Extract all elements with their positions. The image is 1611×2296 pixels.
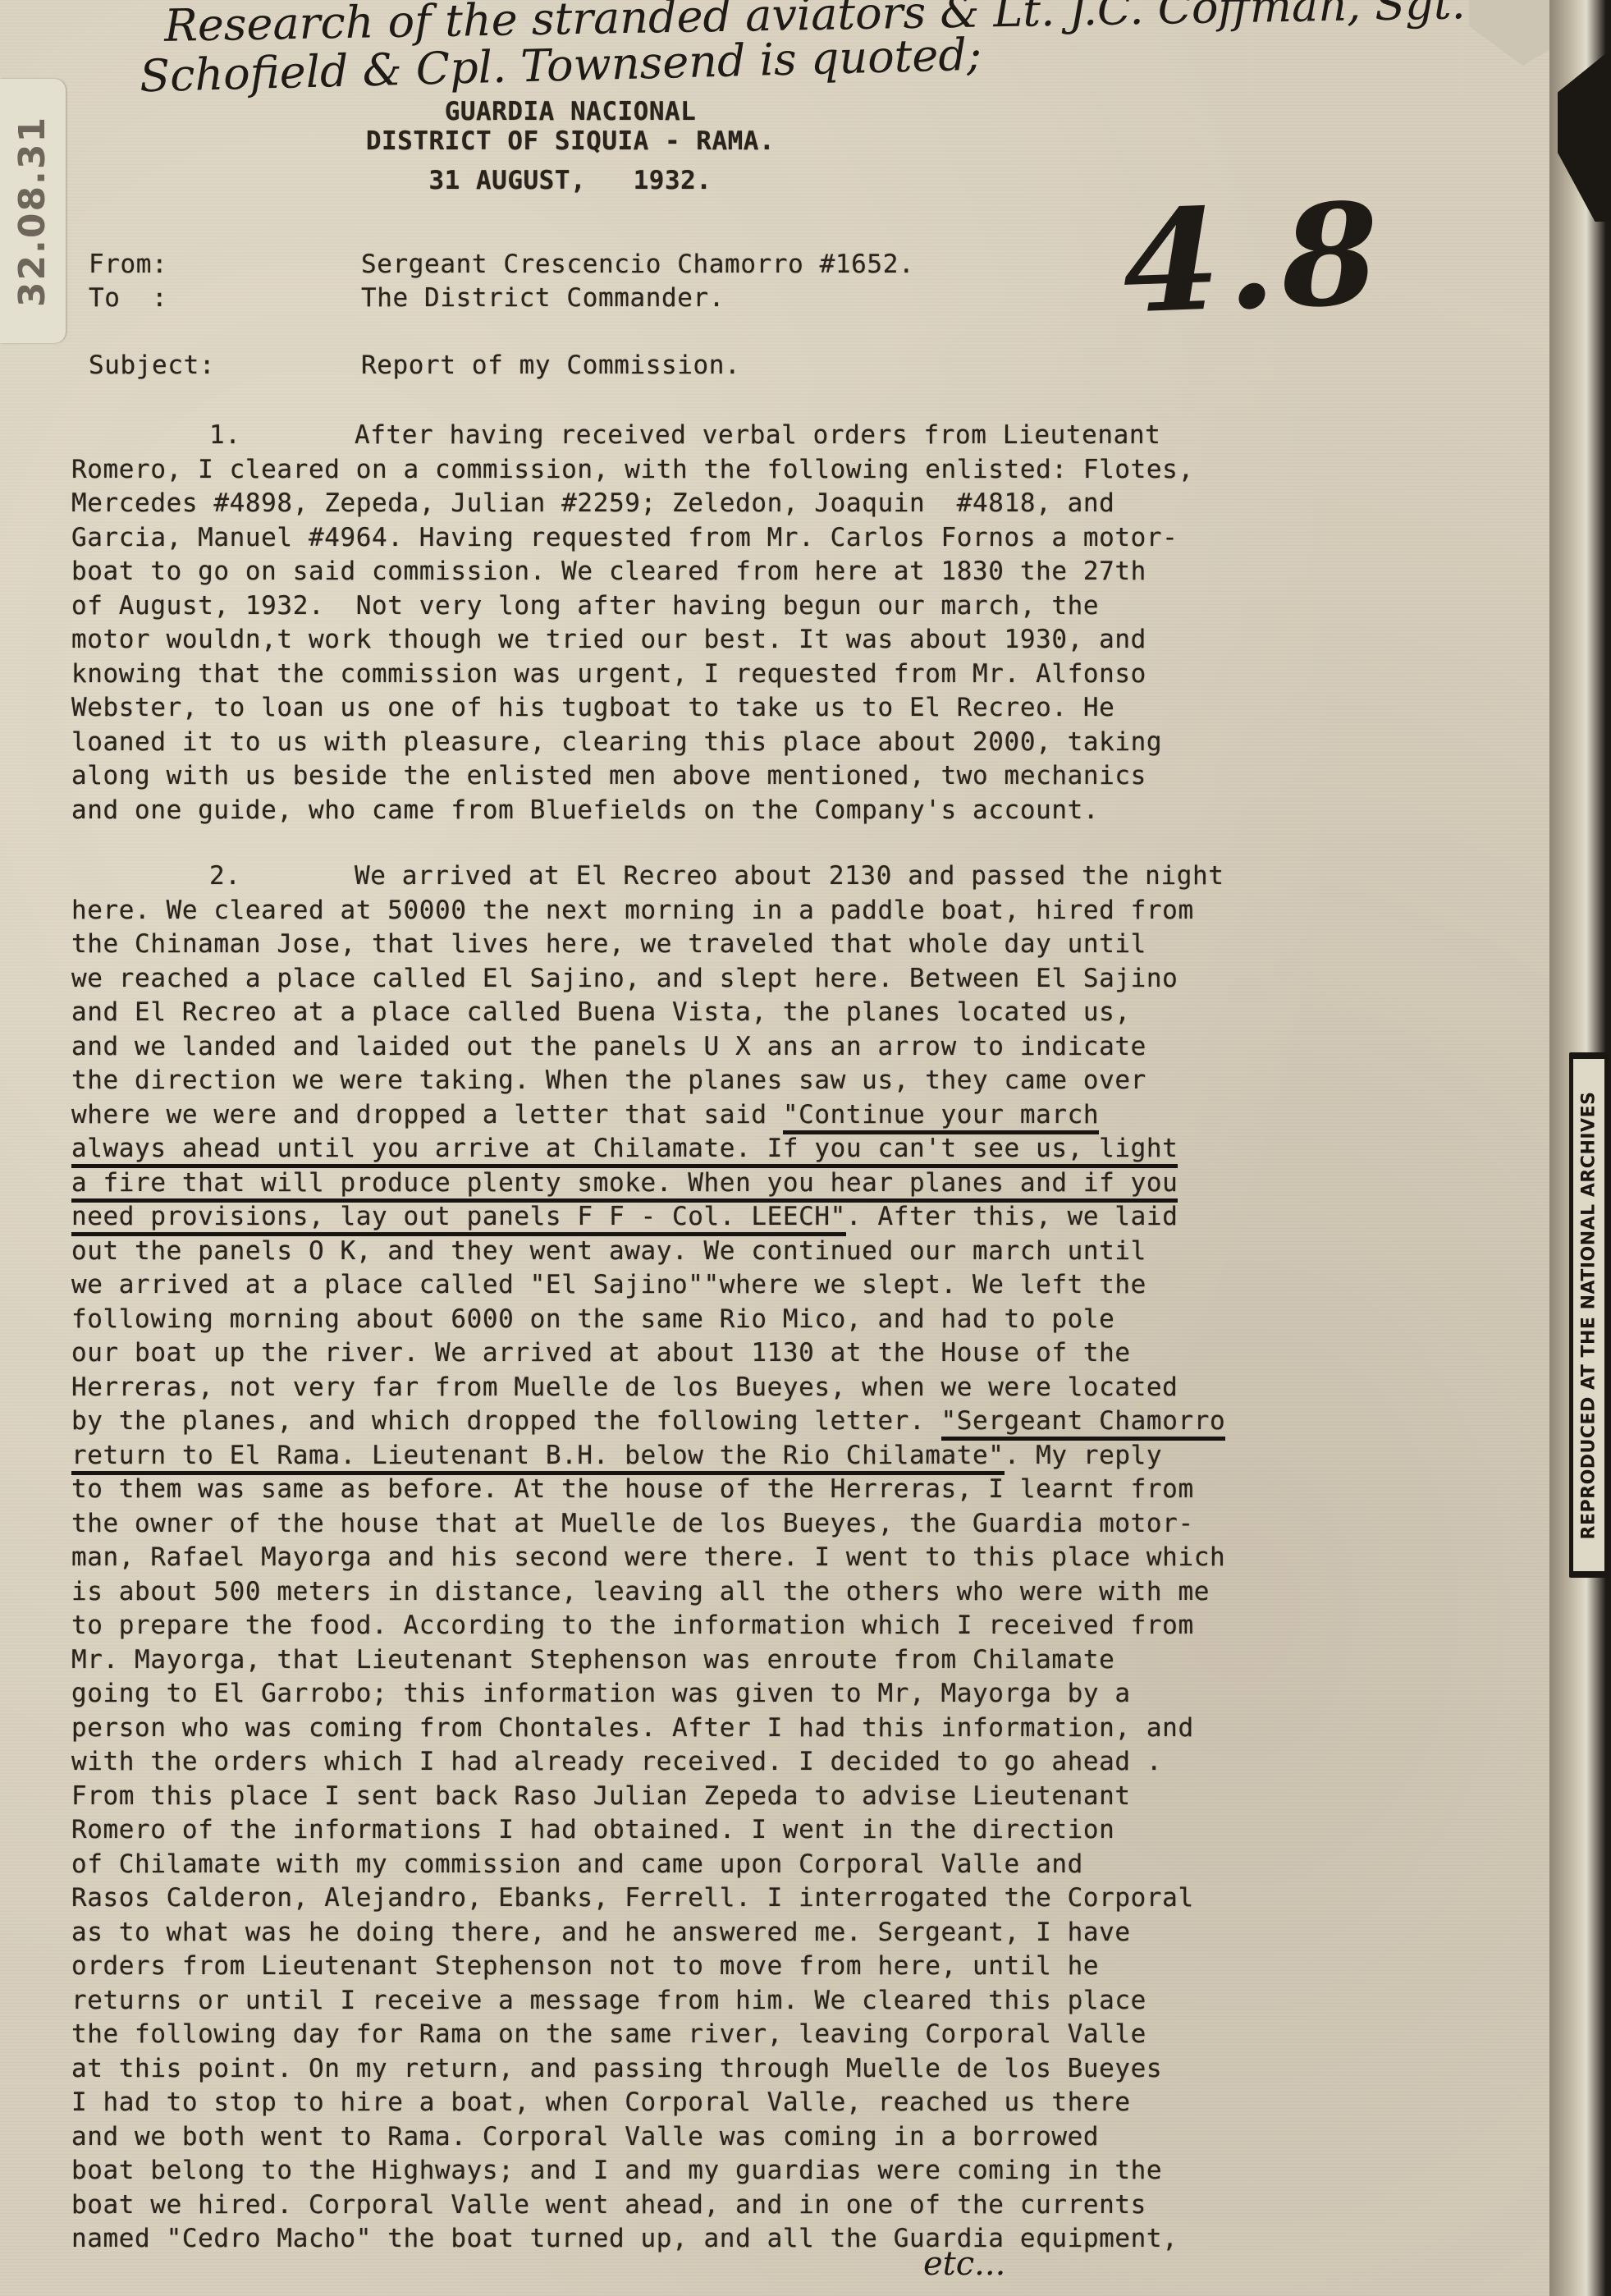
- text-line: boat belong to the Highways; and I and m…: [71, 2154, 1516, 2188]
- text-line: we arrived at a place called "El Sajino"…: [71, 1268, 1516, 1303]
- text-line: loaned it to us with pleasure, clearing …: [71, 726, 1516, 760]
- text-segment: here. We cleared at 50000 the next morni…: [71, 896, 1194, 925]
- text-segment: where we were and dropped a letter that …: [71, 1100, 783, 1130]
- text-segment: named "Cedro Macho" the boat turned up, …: [71, 2224, 1178, 2253]
- text-segment: Herreras, not very far from Muelle de lo…: [71, 1373, 1178, 1402]
- text-segment: the owner of the house that at Muelle de…: [71, 1509, 1194, 1538]
- text-segment: Rasos Calderon, Alejandro, Ebanks, Ferre…: [71, 1883, 1194, 1913]
- text-segment: man, Rafael Mayorga and his second were …: [71, 1542, 1225, 1572]
- text-segment: going to El Garrobo; this information wa…: [71, 1679, 1131, 1708]
- text-line: where we were and dropped a letter that …: [71, 1098, 1516, 1133]
- text-line: the Chinaman Jose, that lives here, we t…: [71, 928, 1516, 962]
- text-segment: to them was same as before. At the house…: [71, 1474, 1194, 1504]
- text-line: always ahead until you arrive at Chilama…: [71, 1132, 1516, 1166]
- text-line: by the planes, and which dropped the fol…: [71, 1405, 1516, 1439]
- archives-stamp-text: REPRODUCED AT THE NATIONAL ARCHIVES: [1579, 1091, 1600, 1539]
- text-segment: returns or until I receive a message fro…: [71, 1986, 1146, 2015]
- text-line: person who was coming from Chontales. Af…: [71, 1712, 1516, 1746]
- text-line: need provisions, lay out panels F F - Co…: [71, 1200, 1516, 1235]
- text-segment: We arrived at El Recreo about 2130 and p…: [355, 861, 1224, 891]
- underlined-quote: return to El Rama. Lieutenant B.H. below…: [71, 1441, 1005, 1475]
- text-segment: boat we hired. Corporal Valle went ahead…: [71, 2190, 1146, 2220]
- text-line: Mercedes #4898, Zepeda, Julian #2259; Ze…: [71, 487, 1516, 521]
- paragraph1: After having received verbal orders from…: [71, 419, 1516, 827]
- underlined-quote: always ahead until you arrive at Chilama…: [71, 1134, 1178, 1168]
- text-segment: we arrived at a place called "El Sajino"…: [71, 1270, 1146, 1299]
- text-line: knowing that the commission was urgent, …: [71, 658, 1516, 692]
- text-line: Mr. Mayorga, that Lieutenant Stephenson …: [71, 1643, 1516, 1678]
- text-line: going to El Garrobo; this information wa…: [71, 1677, 1516, 1712]
- text-line: along with us beside the enlisted men ab…: [71, 759, 1516, 794]
- text-line: boat to go on said commission. We cleare…: [71, 555, 1516, 589]
- text-line: the following day for Rama on the same r…: [71, 2018, 1516, 2052]
- text-segment: Romero of the informations I had obtaine…: [71, 1815, 1114, 1845]
- letterhead-date: 31 AUGUST, 1932.: [0, 164, 1346, 199]
- text-line: of Chilamate with my commission and came…: [71, 1848, 1516, 1882]
- text-segment: as to what was he doing there, and he an…: [71, 1918, 1131, 1947]
- text-segment: orders from Lieutenant Stephenson not to…: [71, 1951, 1099, 1981]
- text-line: to them was same as before. At the house…: [71, 1473, 1516, 1507]
- text-segment: . My reply: [1005, 1441, 1163, 1470]
- text-line: here. We cleared at 50000 the next morni…: [71, 894, 1516, 928]
- subject-value: Report of my Commission.: [361, 349, 740, 383]
- text-segment: out the panels O K, and they went away. …: [71, 1236, 1146, 1266]
- handwritten-etc: etc...: [923, 2245, 1005, 2283]
- text-line: to prepare the food. According to the in…: [71, 1609, 1516, 1643]
- text-segment: of Chilamate with my commission and came…: [71, 1849, 1083, 1879]
- text-segment: and we both went to Rama. Corporal Valle…: [71, 2122, 1099, 2152]
- text-line: and El Recreo at a place called Buena Vi…: [71, 996, 1516, 1030]
- text-line: Webster, to loan us one of his tugboat t…: [71, 691, 1516, 726]
- from-value: Sergeant Crescencio Chamorro #1652.: [361, 248, 914, 282]
- to-value: The District Commander.: [361, 282, 725, 316]
- text-segment: . After this, we laid: [846, 1202, 1179, 1231]
- subject-label: Subject:: [89, 349, 215, 383]
- text-segment: and El Recreo at a place called Buena Vi…: [71, 997, 1131, 1027]
- text-line: named "Cedro Macho" the boat turned up, …: [71, 2222, 1516, 2257]
- text-segment: our boat up the river. We arrived at abo…: [71, 1338, 1131, 1368]
- text-segment: boat belong to the Highways; and I and m…: [71, 2156, 1162, 2185]
- text-line: a fire that will produce plenty smoke. W…: [71, 1166, 1516, 1201]
- text-line: as to what was he doing there, and he an…: [71, 1916, 1516, 1950]
- text-segment: From this place I sent back Raso Julian …: [71, 1781, 1131, 1811]
- text-line: From this place I sent back Raso Julian …: [71, 1780, 1516, 1814]
- text-line: out the panels O K, and they went away. …: [71, 1235, 1516, 1269]
- text-segment: to prepare the food. According to the in…: [71, 1611, 1194, 1640]
- text-segment: the direction we were taking. When the p…: [71, 1066, 1146, 1095]
- text-line: and we both went to Rama. Corporal Valle…: [71, 2120, 1516, 2155]
- underlined-quote: a fire that will produce plenty smoke. W…: [71, 1168, 1178, 1203]
- text-segment: the Chinaman Jose, that lives here, we t…: [71, 929, 1146, 959]
- text-segment: Mr. Mayorga, that Lieutenant Stephenson …: [71, 1645, 1114, 1675]
- text-line: orders from Lieutenant Stephenson not to…: [71, 1950, 1516, 1984]
- text-line: motor wouldn,t work though we tried our …: [71, 623, 1516, 658]
- text-line: Romero, I cleared on a commission, with …: [71, 453, 1516, 488]
- letterhead-district: DISTRICT OF SIQUIA - RAMA.: [0, 125, 1346, 159]
- text-segment: we reached a place called El Sajino, and…: [71, 964, 1178, 993]
- text-line: Herreras, not very far from Muelle de lo…: [71, 1371, 1516, 1405]
- text-segment: following morning about 6000 on the same…: [71, 1304, 1114, 1334]
- text-line: and one guide, who came from Bluefields …: [71, 794, 1516, 828]
- text-line: and we landed and laided out the panels …: [71, 1030, 1516, 1065]
- text-line: boat we hired. Corporal Valle went ahead…: [71, 2188, 1516, 2223]
- text-line: at this point. On my return, and passing…: [71, 2052, 1516, 2087]
- paragraph2: We arrived at El Recreo about 2130 and p…: [71, 859, 1516, 2257]
- text-line: the owner of the house that at Muelle de…: [71, 1507, 1516, 1542]
- text-line: the direction we were taking. When the p…: [71, 1064, 1516, 1098]
- text-segment: is about 500 meters in distance, leaving…: [71, 1577, 1210, 1606]
- text-segment: the following day for Rama on the same r…: [71, 2019, 1146, 2049]
- text-line: Garcia, Manuel #4964. Having requested f…: [71, 521, 1516, 556]
- text-line: Rasos Calderon, Alejandro, Ebanks, Ferre…: [71, 1881, 1516, 1916]
- from-label: From:: [89, 248, 167, 282]
- text-line: I had to stop to hire a boat, when Corpo…: [71, 2086, 1516, 2120]
- text-segment: by the planes, and which dropped the fol…: [71, 1406, 941, 1436]
- text-line: Romero of the informations I had obtaine…: [71, 1813, 1516, 1848]
- text-line: with the orders which I had already rece…: [71, 1745, 1516, 1780]
- text-line: returns or until I receive a message fro…: [71, 1984, 1516, 2019]
- text-line: our boat up the river. We arrived at abo…: [71, 1336, 1516, 1371]
- text-segment: at this point. On my return, and passing…: [71, 2054, 1162, 2083]
- text-line: we reached a place called El Sajino, and…: [71, 962, 1516, 997]
- text-line: return to El Rama. Lieutenant B.H. below…: [71, 1439, 1516, 1473]
- text-line: is about 500 meters in distance, leaving…: [71, 1575, 1516, 1610]
- archives-stamp-inner: REPRODUCED AT THE NATIONAL ARCHIVES: [1573, 1059, 1604, 1571]
- underlined-quote: "Continue your march: [783, 1100, 1099, 1134]
- text-segment: and we landed and laided out the panels …: [71, 1032, 1146, 1061]
- underlined-quote: "Sergeant Chamorro: [941, 1406, 1226, 1441]
- text-segment: with the orders which I had already rece…: [71, 1747, 1162, 1776]
- underlined-quote: need provisions, lay out panels F F - Co…: [71, 1202, 846, 1236]
- text-segment: person who was coming from Chontales. Af…: [71, 1713, 1194, 1743]
- text-line: man, Rafael Mayorga and his second were …: [71, 1541, 1516, 1575]
- text-line: We arrived at El Recreo about 2130 and p…: [71, 859, 1516, 894]
- to-label: To :: [89, 282, 167, 316]
- text-line: After having received verbal orders from…: [71, 419, 1516, 453]
- text-line: following morning about 6000 on the same…: [71, 1303, 1516, 1337]
- archives-stamp: REPRODUCED AT THE NATIONAL ARCHIVES: [1569, 1052, 1609, 1578]
- text-line: of August, 1932. Not very long after hav…: [71, 589, 1516, 624]
- text-segment: I had to stop to hire a boat, when Corpo…: [71, 2087, 1131, 2117]
